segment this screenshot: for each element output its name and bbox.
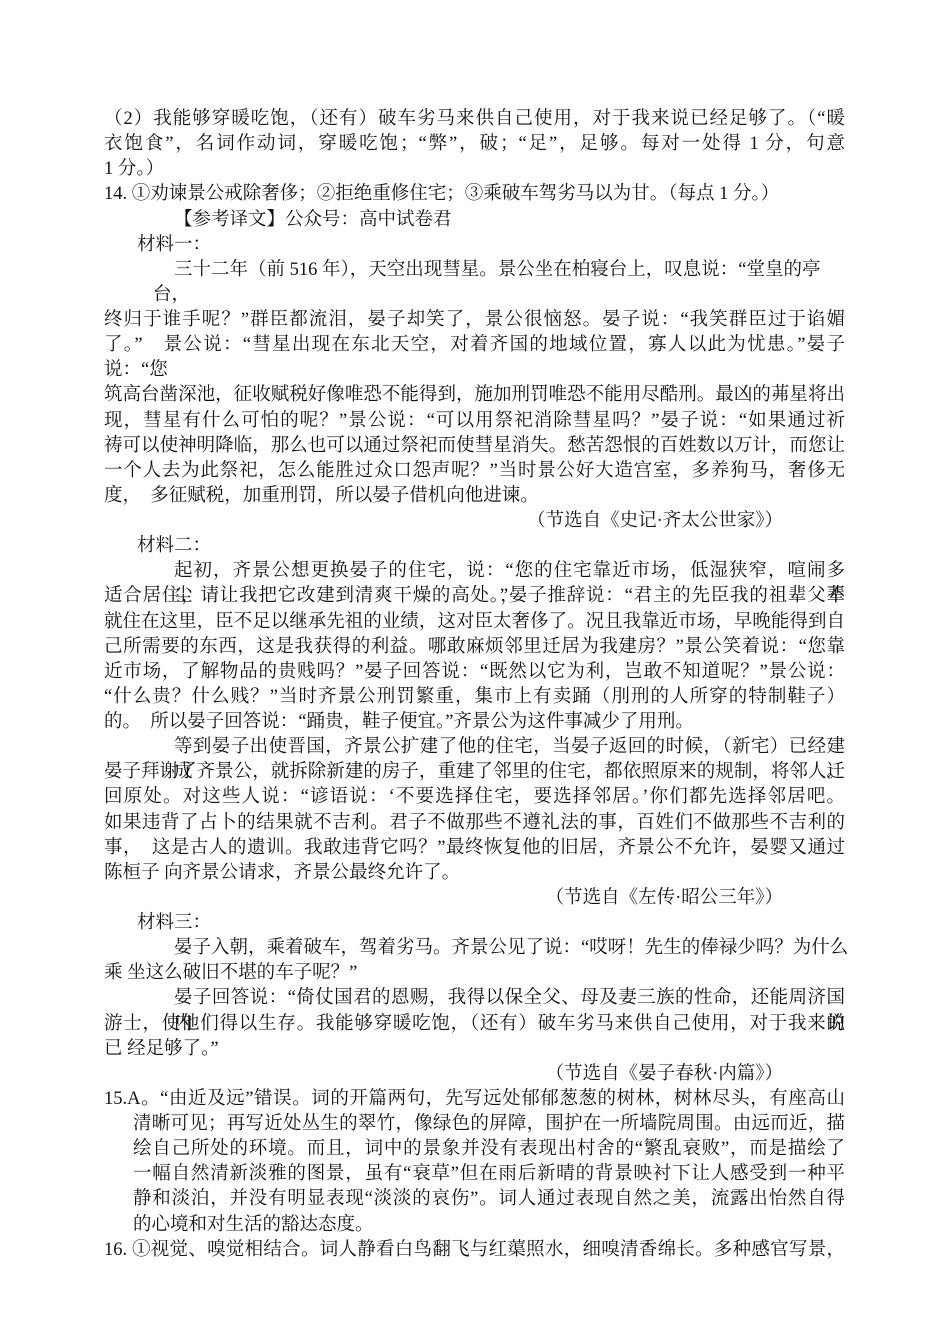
material-2-line: 如果违背了占卜的结果就不吉利。君子不做那些不遵礼法的事，百姓们不做那些不吉利的: [104, 811, 845, 836]
document-body: （2）我能够穿暖吃饱，（还有）破车劣马来供自己使用，对于我来说已经足够了。（“暖…: [104, 107, 845, 1263]
translation-header-line: 【参考译文】公众号：高中试卷君: [104, 208, 845, 233]
material-3-line: 乘 坐这么破旧不堪的车子呢？”: [104, 961, 845, 986]
material-1-source: （节选自《史记·齐太公世家》）: [104, 509, 845, 534]
material-1-line: 筑高台凿深池，征收赋税好像唯恐不能得到，施加刑罚唯恐不能用尽酷刑。最凶的茀星将出: [104, 383, 845, 408]
material-2-line: “什么贵？什么贱？”当时齐景公刑罚繁重，集市上有卖踊（刖刑的人所穿的特制鞋子）: [104, 685, 845, 710]
answer-15-line: 一幅自然清新淡雅的图景，虽有“衰草”但在雨后新晴的背景映衬下让人感受到一种平: [104, 1162, 845, 1187]
answer-13-2-line: 衣饱食”，名词作动词，穿暖吃饱；“弊”，破；“足”，足够。每对一处得 1 分，句…: [104, 132, 845, 157]
material-2-line: 事， 这是古人的遗训。我敢违背它吗？”最终恢复他的旧居，齐景公不允许，晏婴又通过: [104, 836, 845, 861]
material-1-heading: 材料一：: [104, 233, 845, 258]
material-3-line: 游士，使他们得以生存。我能够穿暖吃饱，（还有）破车劣马来供自己使用，对于我来说: [104, 1012, 845, 1037]
material-2-line: 就住在这里，臣不足以继承先祖的业绩，这对臣太奢侈了。况且我靠近市场，早晚能得到自: [104, 610, 845, 635]
material-3-line: 晏子回答说：“倚仗国君的恩赐，我得以保全父、母及妻三族的性命，还能周济国内的: [104, 986, 845, 1011]
material-2-line: 己所需要的东西，这是我获得的利益。哪敢麻烦邻里迁居为我建房？”景公笑着说：“您靠: [104, 635, 845, 660]
answer-13-2-line: 1 分。）: [104, 157, 845, 182]
material-3-line: 已 经足够了。”: [104, 1037, 845, 1062]
material-1-line: 台，: [104, 283, 845, 308]
answer-15-line: 静和淡泊，并没有明显表现“淡淡的哀伤”。词人通过表现自然之美，流露出怡然自得: [104, 1187, 845, 1212]
material-1-line: 了。” 景公说：“彗星出现在东北天空，对着齐国的地域位置，寡人以此为忧患。”晏子: [104, 333, 845, 358]
material-2-heading: 材料二：: [104, 534, 845, 559]
material-1-line: 说：“您: [104, 358, 845, 383]
answer-13-2-line: （2）我能够穿暖吃饱，（还有）破车劣马来供自己使用，对于我来说已经足够了。（“暖: [104, 107, 845, 132]
answer-16-line: 16. ①视觉、嗅觉相结合。词人静看白鸟翻飞与红蕖照水，细嗅清香绵长。多种感官写…: [104, 1238, 845, 1263]
document-page: （2）我能够穿暖吃饱，（还有）破车劣马来供自己使用，对于我来说已经足够了。（“暖…: [0, 0, 950, 1344]
material-3-heading: 材料三：: [104, 911, 845, 936]
material-1-line: 现，彗星有什么可怕的呢？”景公说：“可以用祭祀消除彗星吗？”晏子说：“如果通过祈: [104, 409, 845, 434]
answer-15-line: 的心境和对生活的豁达态度。: [104, 1213, 845, 1238]
answer-14-line: 14. ①劝谏景公戒除奢侈；②拒绝重修住宅；③乘破车驾劣马以为甘。（每点 1 分…: [104, 182, 845, 207]
answer-15-line: 15.A。“由近及远”错误。词的开篇两句，先写远处郁郁葱葱的树林，树林尽头，有座…: [104, 1087, 845, 1112]
material-2-source: （节选自《左传·昭公三年》）: [104, 886, 845, 911]
answer-15-line: 清晰可见；再写近处丛生的翠竹，像绿色的屏障，围护在一所墙院周围。由远而近，描: [104, 1112, 845, 1137]
material-1-line: 祷可以使神明降临，那么也可以通过祭祀而使彗星消失。愁苦怨恨的百姓数以万计，而您让: [104, 434, 845, 459]
material-1-line: 度， 多征赋税，加重刑罚，所以晏子借机向他进谏。: [104, 484, 845, 509]
material-2-line: 等到晏子出使晋国，齐景公扩建了他的住宅，当晏子返回的时候，（新宅）已经建成。: [104, 735, 845, 760]
answer-15-line: 绘自己所处的环境。而且，词中的景象并没有表现出村舍的“繁乱衰败”，而是描绘了: [104, 1137, 845, 1162]
material-2-line: 的。 所以晏子回答说：“踊贵，鞋子便宜。”齐景公为这件事减少了用刑。: [104, 710, 845, 735]
material-2-line: 适合居住，请让我把它改建到清爽干燥的高处。”晏子推辞说：“君主的先臣我的祖辈父辈: [104, 584, 845, 609]
material-1-line: 一个人去为此祭祀，怎么能胜过众口怨声呢？”当时景公好大造宫室，多养狗马，奢侈无: [104, 459, 845, 484]
material-3-line: 晏子入朝，乘着破车，驾着劣马。齐景公见了说：“哎呀！先生的俸禄少吗？为什么: [104, 936, 845, 961]
material-2-line: 近市场，了解物品的贵贱吗？”晏子回答说：“既然以它为利，岂敢不知道呢？”景公说：: [104, 660, 845, 685]
material-1-line: 三十二年（前 516 年），天空出现彗星。景公坐在柏寝台上，叹息说：“堂皇的亭: [104, 258, 845, 283]
material-1-line: 终归于谁手呢？”群臣都流泪，晏子却笑了，景公很恼怒。晏子说：“我笑群臣过于谄媚: [104, 308, 845, 333]
material-2-line: 陈桓子 向齐景公请求，齐景公最终允许了。: [104, 861, 845, 886]
material-2-line: 晏子拜谢了齐景公，就拆除新建的房子，重建了邻里的住宅，都依照原来的规制，将邻人迁: [104, 760, 845, 785]
material-3-source: （节选自《晏子春秋·内篇》）: [104, 1062, 845, 1087]
material-2-line: 起初，齐景公想更换晏子的住宅，说：“您的住宅靠近市场，低湿狭窄，喧闹多尘，不: [104, 559, 845, 584]
material-2-line: 回原处。对这些人说：“谚语说：‘不要选择住宅，要选择邻居。’你们都先选择邻居吧。: [104, 785, 845, 810]
